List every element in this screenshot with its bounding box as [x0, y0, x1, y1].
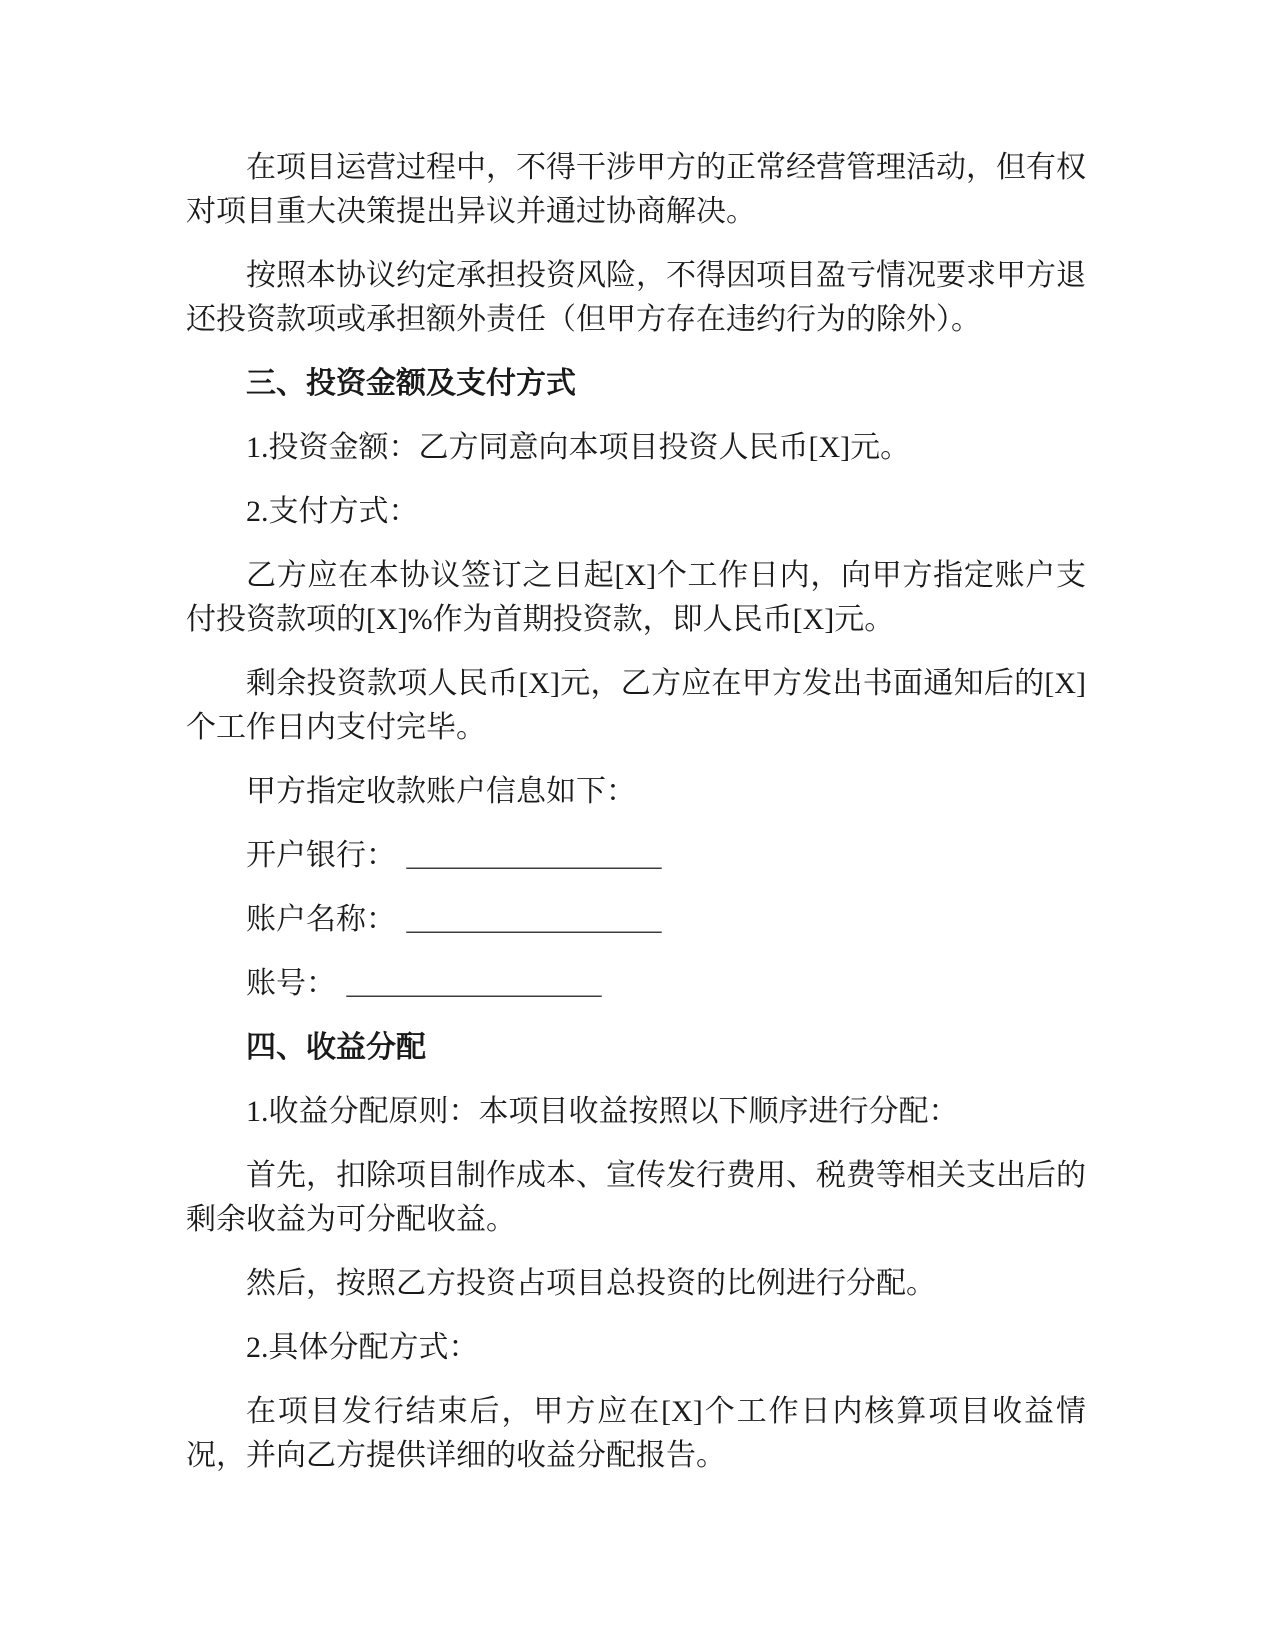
para-first-installment: 乙方应在本协议签订之日起[X]个工作日内，向甲方指定账户支付投资款项的[X]%作…: [186, 554, 1086, 642]
para-operation-noninterference: 在项目运营过程中，不得干涉甲方的正常经营管理活动，但有权对项目重大决策提出异议并…: [186, 146, 1086, 234]
heading-section-four-profit-distribution: 四、收益分配: [186, 1026, 1086, 1070]
para-settlement-report: 在项目发行结束后，甲方应在[X]个工作日内核算项目收益情况，并向乙方提供详细的收…: [186, 1390, 1086, 1478]
account-name-blank-line: _________________: [407, 903, 662, 936]
account-number-row: 账号：_________________: [186, 962, 1086, 1006]
account-name-row: 账户名称：_________________: [186, 898, 1086, 942]
para-remaining-payment: 剩余投资款项人民币[X]元，乙方应在甲方发出书面通知后的[X]个工作日内支付完毕…: [186, 662, 1086, 750]
document-page: 在项目运营过程中，不得干涉甲方的正常经营管理活动，但有权对项目重大决策提出异议并…: [0, 0, 1275, 1650]
account-name-label: 账户名称：: [246, 903, 396, 936]
item-investment-amount: 1.投资金额：乙方同意向本项目投资人民币[X]元。: [186, 426, 1086, 470]
bank-name-blank-line: _________________: [407, 839, 662, 872]
bank-name-label: 开户银行：: [246, 839, 396, 872]
item-payment-method: 2.支付方式：: [186, 490, 1086, 534]
bank-name-row: 开户银行：_________________: [186, 834, 1086, 878]
heading-section-three-investment-payment: 三、投资金额及支付方式: [186, 362, 1086, 406]
item-distribution-principle: 1.收益分配原则：本项目收益按照以下顺序进行分配：: [186, 1090, 1086, 1134]
item-distribution-method: 2.具体分配方式：: [186, 1326, 1086, 1370]
para-investment-risk: 按照本协议约定承担投资风险，不得因项目盈亏情况要求甲方退还投资款项或承担额外责任…: [186, 254, 1086, 342]
account-number-label: 账号：: [246, 967, 336, 1000]
para-distribution-second-step: 然后，按照乙方投资占项目总投资的比例进行分配。: [186, 1262, 1086, 1306]
para-account-info-intro: 甲方指定收款账户信息如下：: [186, 770, 1086, 814]
para-distribution-first-step: 首先，扣除项目制作成本、宣传发行费用、税费等相关支出后的剩余收益为可分配收益。: [186, 1154, 1086, 1242]
account-number-blank-line: _________________: [347, 967, 602, 1000]
